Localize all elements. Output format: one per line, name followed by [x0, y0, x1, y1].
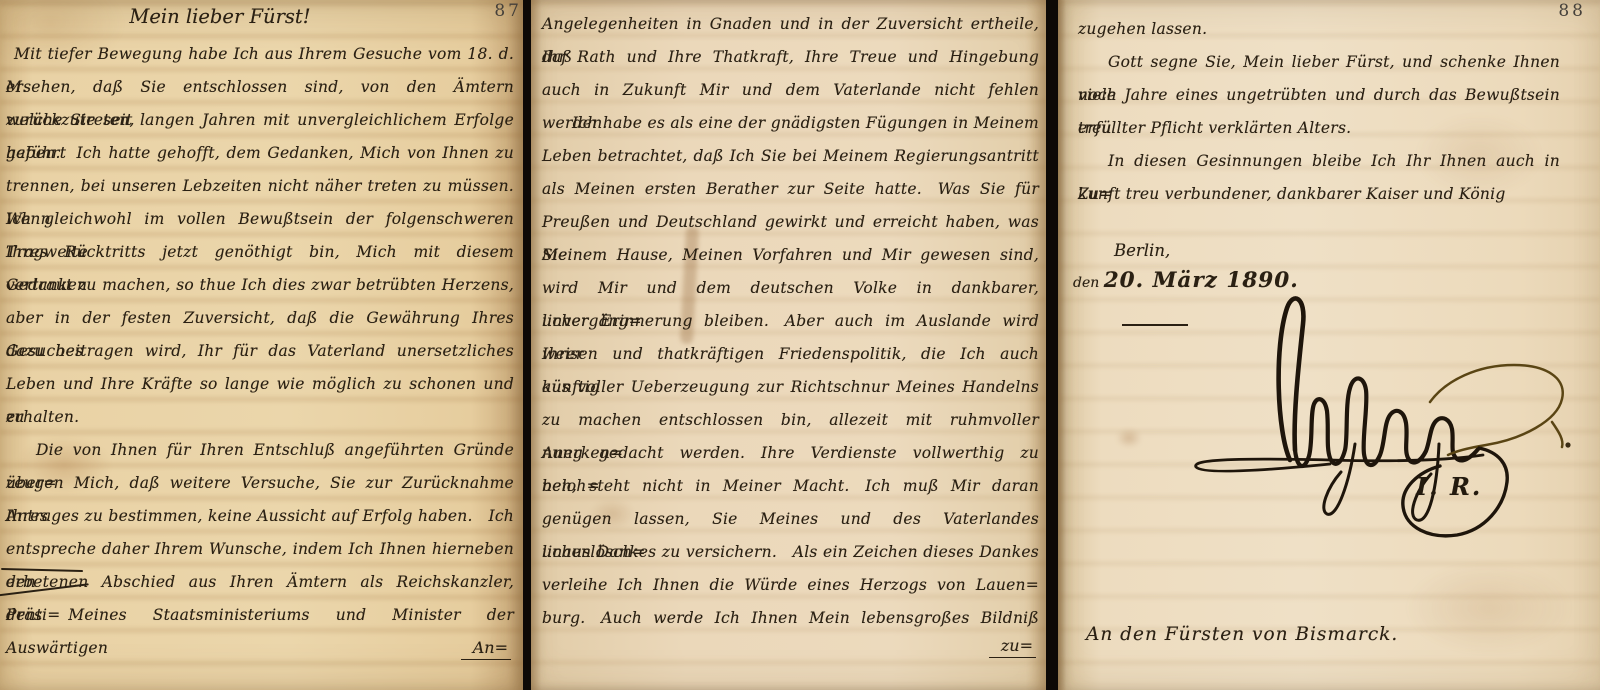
text-line: Leben betrachtet, daß Ich Sie bei Meinem… [542, 140, 1039, 173]
text-line: trennen, bei unseren Lebzeiten nicht näh… [6, 170, 514, 203]
text-line: In diesen Gesinnungen bleibe Ich Ihr Ihn… [1078, 145, 1560, 178]
text-line: kunft treu verbundener, dankbarer Kaiser… [1078, 178, 1560, 211]
catchword: An= [461, 638, 511, 660]
text-line: Die von Ihnen für Ihren Entschluß angefü… [6, 434, 514, 467]
text-line: zeugen Mich, daß weitere Versuche, Sie z… [6, 467, 514, 500]
text-line: welche Sie seit langen Jahren mit unverg… [6, 104, 514, 137]
dateline-date: den 20. März 1890. [1073, 268, 1299, 293]
page-88: 88 zugehen lassen. Gott segne Sie, Mein … [1058, 0, 1600, 690]
text-line: Leben und Ihre Kräfte so lange wie mögli… [6, 368, 514, 401]
text-line: burg. Auch werde Ich Ihnen Mein lebensgr… [542, 602, 1039, 635]
text-line: auch in Zukunft Mir und dem Vaterlande n… [542, 74, 1039, 107]
manuscript-scan: 87 Mein lieber Fürst! Mit tiefer Bewegun… [0, 0, 1600, 690]
text-line: genügen lassen, Sie Meines und des Vater… [542, 503, 1039, 536]
text-line: aber in der festen Zuversicht, daß die G… [6, 302, 514, 335]
text-line: Preußen und Deutschland gewirkt und erre… [542, 206, 1039, 239]
signature-initials: I. R. [1416, 472, 1482, 501]
dateline-value: 20. März 1890. [1104, 268, 1299, 293]
text-line: verleihe Ich Ihnen die Würde eines Herzo… [542, 569, 1039, 602]
text-line: haben. Ich hatte gehofft, dem Gedanken, … [6, 137, 514, 170]
text-line: Ich habe es als eine der gnädigsten Fügu… [542, 107, 1039, 140]
text-line: wird Mir und dem deutschen Volke in dank… [542, 272, 1039, 305]
page-87: 87 Mein lieber Fürst! Mit tiefer Bewegun… [0, 0, 523, 690]
text-line: zu machen entschlossen bin, allezeit mit… [542, 404, 1039, 437]
text-line: entspreche daher Ihrem Wunsche, indem Ic… [6, 533, 514, 566]
dateline-place: Berlin, [1114, 241, 1170, 260]
text-line: Mit tiefer Bewegung habe Ich aus Ihrem G… [6, 38, 514, 71]
page-middle: Angelegenheiten in Gnaden und in der Zuv… [531, 0, 1046, 690]
text-line: Gott segne Sie, Mein lieber Fürst, und s… [1078, 46, 1560, 79]
text-line: Antrages zu bestimmen, keine Aussicht au… [6, 500, 514, 533]
text-line: viele Jahre eines ungetrübten und durch … [1078, 79, 1560, 112]
page-number: 88 [1558, 1, 1586, 21]
text-line: erfüllter Pflicht verklärten Alters. [1078, 112, 1560, 145]
text-line: vertraut zu machen, so thue Ich dies zwa… [6, 269, 514, 302]
salutation: Mein lieber Fürst! [100, 5, 340, 28]
catchword: zu= [989, 636, 1036, 658]
text-line: weisen und thatkräftigen Friedenspolitik… [542, 338, 1039, 371]
signature-wilhelm-flourish [1178, 292, 1578, 552]
text-line: Ich gleichwohl im vollen Bewußtsein der … [6, 203, 514, 236]
text-line: ersehen, daß Sie entschlossen sind, von … [6, 71, 514, 104]
text-line: nen, steht nicht in Meiner Macht. Ich mu… [542, 470, 1039, 503]
address-line: An den Fürsten von Bismarck. [1086, 624, 1398, 645]
text-line: dent Meines Staatsministeriums und Minis… [6, 599, 514, 632]
paper-stain [1404, 560, 1574, 656]
text-line: zugehen lassen. [1078, 13, 1560, 46]
page-number: 87 [494, 1, 522, 21]
text-line: aus voller Ueberzeugung zur Richtschnur … [542, 371, 1039, 404]
text-line: Angelegenheiten in Gnaden und in der Zuv… [542, 8, 1039, 41]
text-line: Ihres Rücktritts jetzt genöthigt bin, Mi… [6, 236, 514, 269]
text-line: erhalten. [6, 401, 514, 434]
letter-body: zugehen lassen. Gott segne Sie, Mein lie… [1078, 13, 1560, 211]
text-line: dazu beitragen wird, Ihr für das Vaterla… [6, 335, 514, 368]
letter-body: Mit tiefer Bewegung habe Ich aus Ihrem G… [6, 38, 514, 632]
paper-stain [1116, 428, 1142, 448]
letter-body: Angelegenheiten in Gnaden und in der Zuv… [542, 8, 1039, 635]
text-line: nung gedacht werden. Ihre Verdienste vol… [542, 437, 1039, 470]
text-line: lichen Dankes zu versichern. Als ein Zei… [542, 536, 1039, 569]
text-line: Meinem Hause, Meinen Vorfahren und Mir g… [542, 239, 1039, 272]
dateline-prefix: den [1073, 275, 1099, 291]
text-line: Ihr Rath und Ihre Thatkraft, Ihre Treue … [542, 41, 1039, 74]
text-line: als Meinen ersten Berather zur Seite hat… [542, 173, 1039, 206]
text-line: licher Erinnerung bleiben. Aber auch im … [542, 305, 1039, 338]
